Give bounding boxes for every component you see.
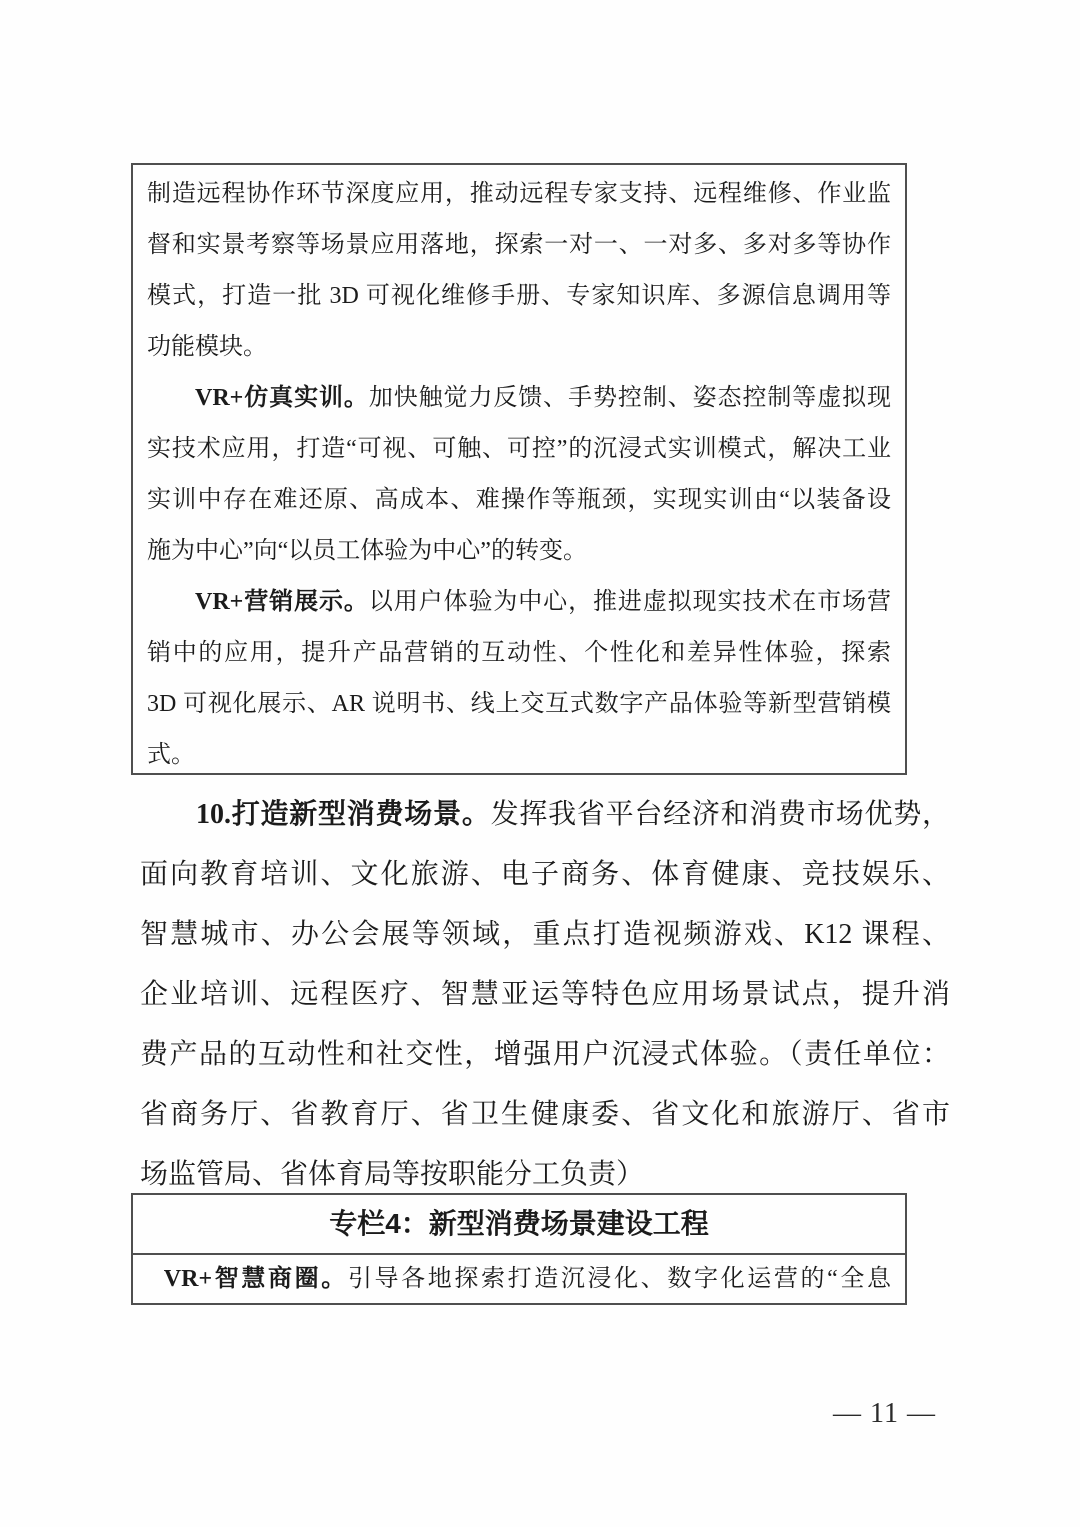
body-text: 发挥我省平台经济和消费市场优势，: [491, 799, 950, 830]
text-line: 督和实景考察等场景应用落地，探索一对一、一对多、多对多等协作: [147, 220, 891, 271]
text-line: 实技术应用，打造“可视、可触、可控”的沉浸式实训模式，解决工业: [147, 424, 891, 475]
body-text: 引导各地探索打造沉浸化、数字化运营的“全息: [348, 1266, 891, 1292]
text-line: 实训中存在难还原、高成本、难操作等瓶颈，实现实训由“以装备设: [147, 475, 891, 526]
text-line: 面向教育培训、文化旅游、电子商务、体育健康、竞技娱乐、: [140, 845, 950, 905]
body-text: 功能模块。: [147, 334, 267, 360]
text-line: 施为中心”向“以员工体验为中心”的转变。: [147, 526, 891, 577]
body-text: 面向教育培训、文化旅游、电子商务、体育健康、竞技娱乐、: [140, 859, 950, 890]
text-line: 3D 可视化展示、AR 说明书、线上交互式数字产品体验等新型营销模: [147, 679, 891, 730]
body-text: 模式，打造一批 3D 可视化维修手册、专家知识库、多源信息调用等: [147, 283, 891, 309]
body-text: 施为中心”向“以员工体验为中心”的转变。: [147, 538, 587, 564]
section-10-paragraph: 10.打造新型消费场景。发挥我省平台经济和消费市场优势，面向教育培训、文化旅游、…: [140, 785, 950, 1205]
body-text: 销中的应用，提升产品营销的互动性、个性化和差异性体验，探索: [147, 640, 891, 666]
text-line: 模式，打造一批 3D 可视化维修手册、专家知识库、多源信息调用等: [147, 271, 891, 322]
body-text: 以用户体验为中心，推进虚拟现实技术在市场营: [369, 589, 891, 615]
body-text: 督和实景考察等场景应用落地，探索一对一、一对多、多对多等协作: [147, 232, 891, 258]
text-line: 销中的应用，提升产品营销的互动性、个性化和差异性体验，探索: [147, 628, 891, 679]
body-text: 省商务厅、省教育厅、省卫生健康委、省文化和旅游厅、省市: [140, 1099, 950, 1130]
body-text: 实训中存在难还原、高成本、难操作等瓶颈，实现实训由“以装备设: [147, 487, 891, 513]
body-text: 加快触觉力反馈、手势控制、姿态控制等虚拟现: [369, 385, 891, 411]
column-4-box-title: 专栏4：新型消费场景建设工程: [133, 1195, 905, 1255]
continuation-text-box: 制造远程协作环节深度应用，推动远程专家支持、远程维修、作业监督和实景考察等场景应…: [131, 163, 907, 775]
body-text: 3D 可视化展示、AR 说明书、线上交互式数字产品体验等新型营销模: [147, 691, 891, 717]
body-text: 实技术应用，打造“可视、可触、可控”的沉浸式实训模式，解决工业: [147, 436, 891, 462]
bold-lead-text: VR+仿真实训。: [195, 385, 369, 411]
document-page: 制造远程协作环节深度应用，推动远程专家支持、远程维修、作业监督和实景考察等场景应…: [0, 0, 1080, 1527]
text-line: 费产品的互动性和社交性，增强用户沉浸式体验。（责任单位：: [140, 1025, 950, 1085]
text-line: 10.打造新型消费场景。发挥我省平台经济和消费市场优势，: [140, 785, 950, 845]
text-line: 省商务厅、省教育厅、省卫生健康委、省文化和旅游厅、省市: [140, 1085, 950, 1145]
body-text: 场监管局、省体育局等按职能分工负责）: [140, 1159, 644, 1190]
body-text: 费产品的互动性和社交性，增强用户沉浸式体验。（责任单位：: [140, 1039, 950, 1070]
text-line: VR+仿真实训。加快触觉力反馈、手势控制、姿态控制等虚拟现: [147, 373, 891, 424]
column-4-box-body: VR+智慧商圈。引导各地探索打造沉浸化、数字化运营的“全息: [133, 1255, 905, 1303]
column-4-box: 专栏4：新型消费场景建设工程 VR+智慧商圈。引导各地探索打造沉浸化、数字化运营…: [131, 1193, 907, 1305]
body-text: 制造远程协作环节深度应用，推动远程专家支持、远程维修、作业监: [147, 181, 891, 207]
text-line: 企业培训、远程医疗、智慧亚运等特色应用场景试点，提升消: [140, 965, 950, 1025]
text-line: 智慧城市、办公会展等领域，重点打造视频游戏、K12 课程、: [140, 905, 950, 965]
page-number: — 11 —: [833, 1398, 943, 1430]
text-line: 式。: [147, 730, 891, 781]
body-text: 企业培训、远程医疗、智慧亚运等特色应用场景试点，提升消: [140, 979, 950, 1010]
text-line: VR+营销展示。以用户体验为中心，推进虚拟现实技术在市场营: [147, 577, 891, 628]
text-line: 功能模块。: [147, 322, 891, 373]
bold-lead-text: 10.打造新型消费场景。: [196, 799, 491, 830]
bold-lead-text: VR+智慧商圈。: [164, 1266, 348, 1292]
text-line: VR+智慧商圈。引导各地探索打造沉浸化、数字化运营的“全息: [147, 1255, 891, 1303]
text-line: 制造远程协作环节深度应用，推动远程专家支持、远程维修、作业监: [147, 169, 891, 220]
body-text: 智慧城市、办公会展等领域，重点打造视频游戏、K12 课程、: [140, 919, 950, 950]
body-text: 式。: [147, 742, 195, 768]
bold-lead-text: VR+营销展示。: [195, 589, 369, 615]
